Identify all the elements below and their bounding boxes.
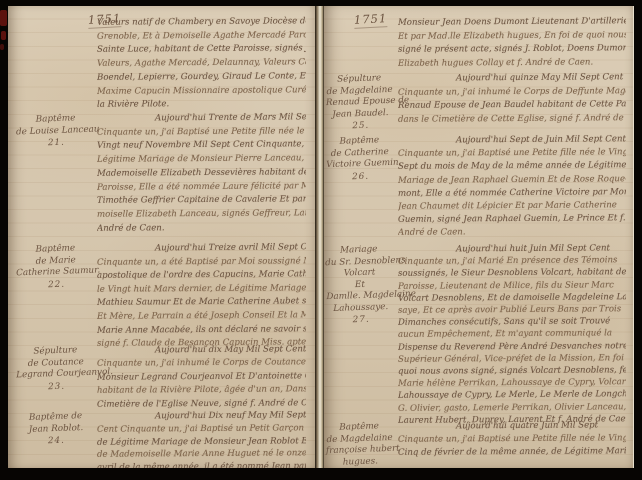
body-line: Elizabeth hugues Collay et f. André de C…	[398, 56, 626, 71]
body-line: Cent Cinquante un, j'ai Baptisé un Petit…	[97, 422, 306, 436]
margin-note-line: 25.	[327, 120, 395, 134]
entry-body: Monsieur Jean Doens Dumont Lieutenant D'…	[398, 16, 626, 70]
margin-note: Baptêmede Magdelainefrançoise huberthugu…	[325, 421, 395, 468]
body-line: Aujourd'hui Treize avril Mil Sept Cent	[97, 241, 306, 256]
body-line: soussignés, le Sieur Desnoblens Volcart,…	[398, 267, 626, 281]
scanned-register-spread: 1751 Valeurs natif de Chambery en Savoye…	[0, 0, 642, 480]
body-line: Aujourd'hui Trente de Mars Mil Sept Cent	[97, 111, 306, 126]
body-line: Cinquante un, j'ai inhumé le Corps de Co…	[97, 357, 306, 372]
body-line: Mariage de Jean Raphael Guemin Et de Ros…	[398, 173, 626, 188]
entry-body: Aujourd'hui Dix neuf May Mil SeptCent Ci…	[97, 410, 306, 468]
body-line: Renaud Epouse de Jean Baudel habitant de…	[398, 98, 626, 113]
entry-body: Aujourd'hui quinze May Mil Sept CentCinq…	[398, 72, 626, 126]
body-line: Légitime Mariage de Monsieur Pierre Lanc…	[97, 152, 306, 167]
body-line: Aujourd'hui Dix neuf May Mil Sept	[97, 409, 306, 423]
margin-note-line: Victoire Guemin.	[326, 158, 394, 172]
margin-note-line: 23.	[16, 380, 96, 394]
margin-note-line: 26.	[326, 170, 394, 184]
margin-note-line: françoise hubert	[326, 444, 394, 458]
margin-note-line: 22.	[16, 278, 96, 292]
body-line: Monsieur Jean Doens Dumont Lieutenant D'…	[398, 15, 626, 30]
body-line: habitant de la Rivière Pilote, âgée d'un…	[97, 383, 306, 398]
body-line: Et Mère, Le Parrain a été Joseph Conseil…	[97, 309, 306, 324]
body-line: aucun Empêchement, Et m'ayant communiqué…	[398, 328, 626, 342]
body-line: Mathieu Saumur Et de Marie Catherine Aub…	[97, 296, 306, 311]
body-line: avril de la même année, il a été nommé J…	[97, 460, 306, 468]
margin-note-line: 27.	[327, 314, 395, 328]
entry-body: Valeurs natif de Chambery en Savoye Dioc…	[97, 16, 306, 112]
register-page-right: 1751 Monsieur Jean Doens Dumont Lieutena…	[324, 6, 634, 468]
margin-note-line: 21.	[16, 137, 96, 151]
binding-mark	[0, 10, 7, 26]
margin-note: Mariagedu Sr. DesnoblensVolcartEtDamlle.…	[325, 244, 396, 328]
binding-mark	[1, 31, 6, 40]
body-line: signé le présent acte, signés J. Roblot,…	[398, 42, 626, 57]
body-line: Valeurs natif de Chambery en Savoye Dioc…	[97, 15, 306, 30]
body-line: Valeurs, Agathe Mercadé, Delaunnay, Vale…	[97, 56, 306, 71]
entries-right: Monsieur Jean Doens Dumont Lieutenant D'…	[324, 6, 633, 468]
body-line: apostolique de l'ordre des Capucins, Mar…	[97, 268, 306, 283]
entry-body: Aujourd'hui dix May Mil Sept CentCinquan…	[97, 344, 306, 411]
body-line: dans le Cimetière de Cette Eglise, signé…	[398, 112, 626, 127]
body-line: Aujourd'hui quinze May Mil Sept Cent	[398, 71, 626, 86]
register-page-left: 1751 Valeurs natif de Chambery en Savoye…	[8, 6, 315, 468]
body-line: moiselle Elizabeth Lanceau, signés Geffr…	[97, 207, 306, 222]
margin-note: Baptêmede Louise Lanceau21.	[15, 113, 96, 151]
body-line: André de Caen.	[97, 221, 306, 236]
margin-note: Sépulturede CoutanceLegrand Courjeanvol.…	[15, 345, 97, 395]
body-line: Mademoiselle Elizabeth Dessevières habit…	[97, 166, 306, 181]
body-line: Sept du mois de May de la même année de …	[398, 160, 626, 175]
body-line: André de Caen.	[398, 226, 626, 241]
entry-body: Aujourd'hui quatre Juin Mil SeptCinquant…	[398, 420, 626, 460]
margin-note-line: Jean Baudel.	[326, 107, 394, 121]
page-gutter-fold	[315, 6, 324, 468]
body-line: la Rivière Pilote.	[97, 97, 306, 112]
margin-note: Sépulturede MagdelaineRenaud Epouse deJe…	[325, 73, 395, 134]
binding-mark	[0, 44, 4, 50]
body-line: Lahoussaye de Cypry, Le Merle, Le Merle …	[398, 389, 626, 403]
body-line: Boendel, Lepierre, Gourdey, Giraud Le Co…	[97, 70, 306, 85]
margin-note: Baptême deJean Roblot.24.	[15, 411, 96, 449]
entry-body: Aujourd'hui huit Juin Mil Sept CentCinqu…	[398, 243, 626, 426]
entry-body: Aujourd'hui Sept de Juin Mil Sept CentCi…	[398, 134, 626, 240]
margin-note: Baptêmede CatherineVictoire Guemin.26.	[325, 135, 395, 184]
entry-body: Aujourd'hui Trente de Mars Mil Sept Cent…	[97, 112, 306, 235]
body-line: Cinq de février de la même année, de Lég…	[398, 446, 626, 461]
margin-note: Baptêmede MarieCatherine Saumur.22.	[15, 243, 97, 293]
entries-left: Valeurs natif de Chambery en Savoye Dioc…	[8, 6, 315, 468]
body-line: Timothée Geffrier Capitaine de Cavalerie…	[97, 193, 306, 208]
entry-body: Aujourd'hui Treize avril Mil Sept CentCi…	[97, 242, 306, 351]
margin-note-line: 24.	[16, 435, 96, 449]
margin-note-line: Lahoussaye.	[327, 301, 395, 315]
